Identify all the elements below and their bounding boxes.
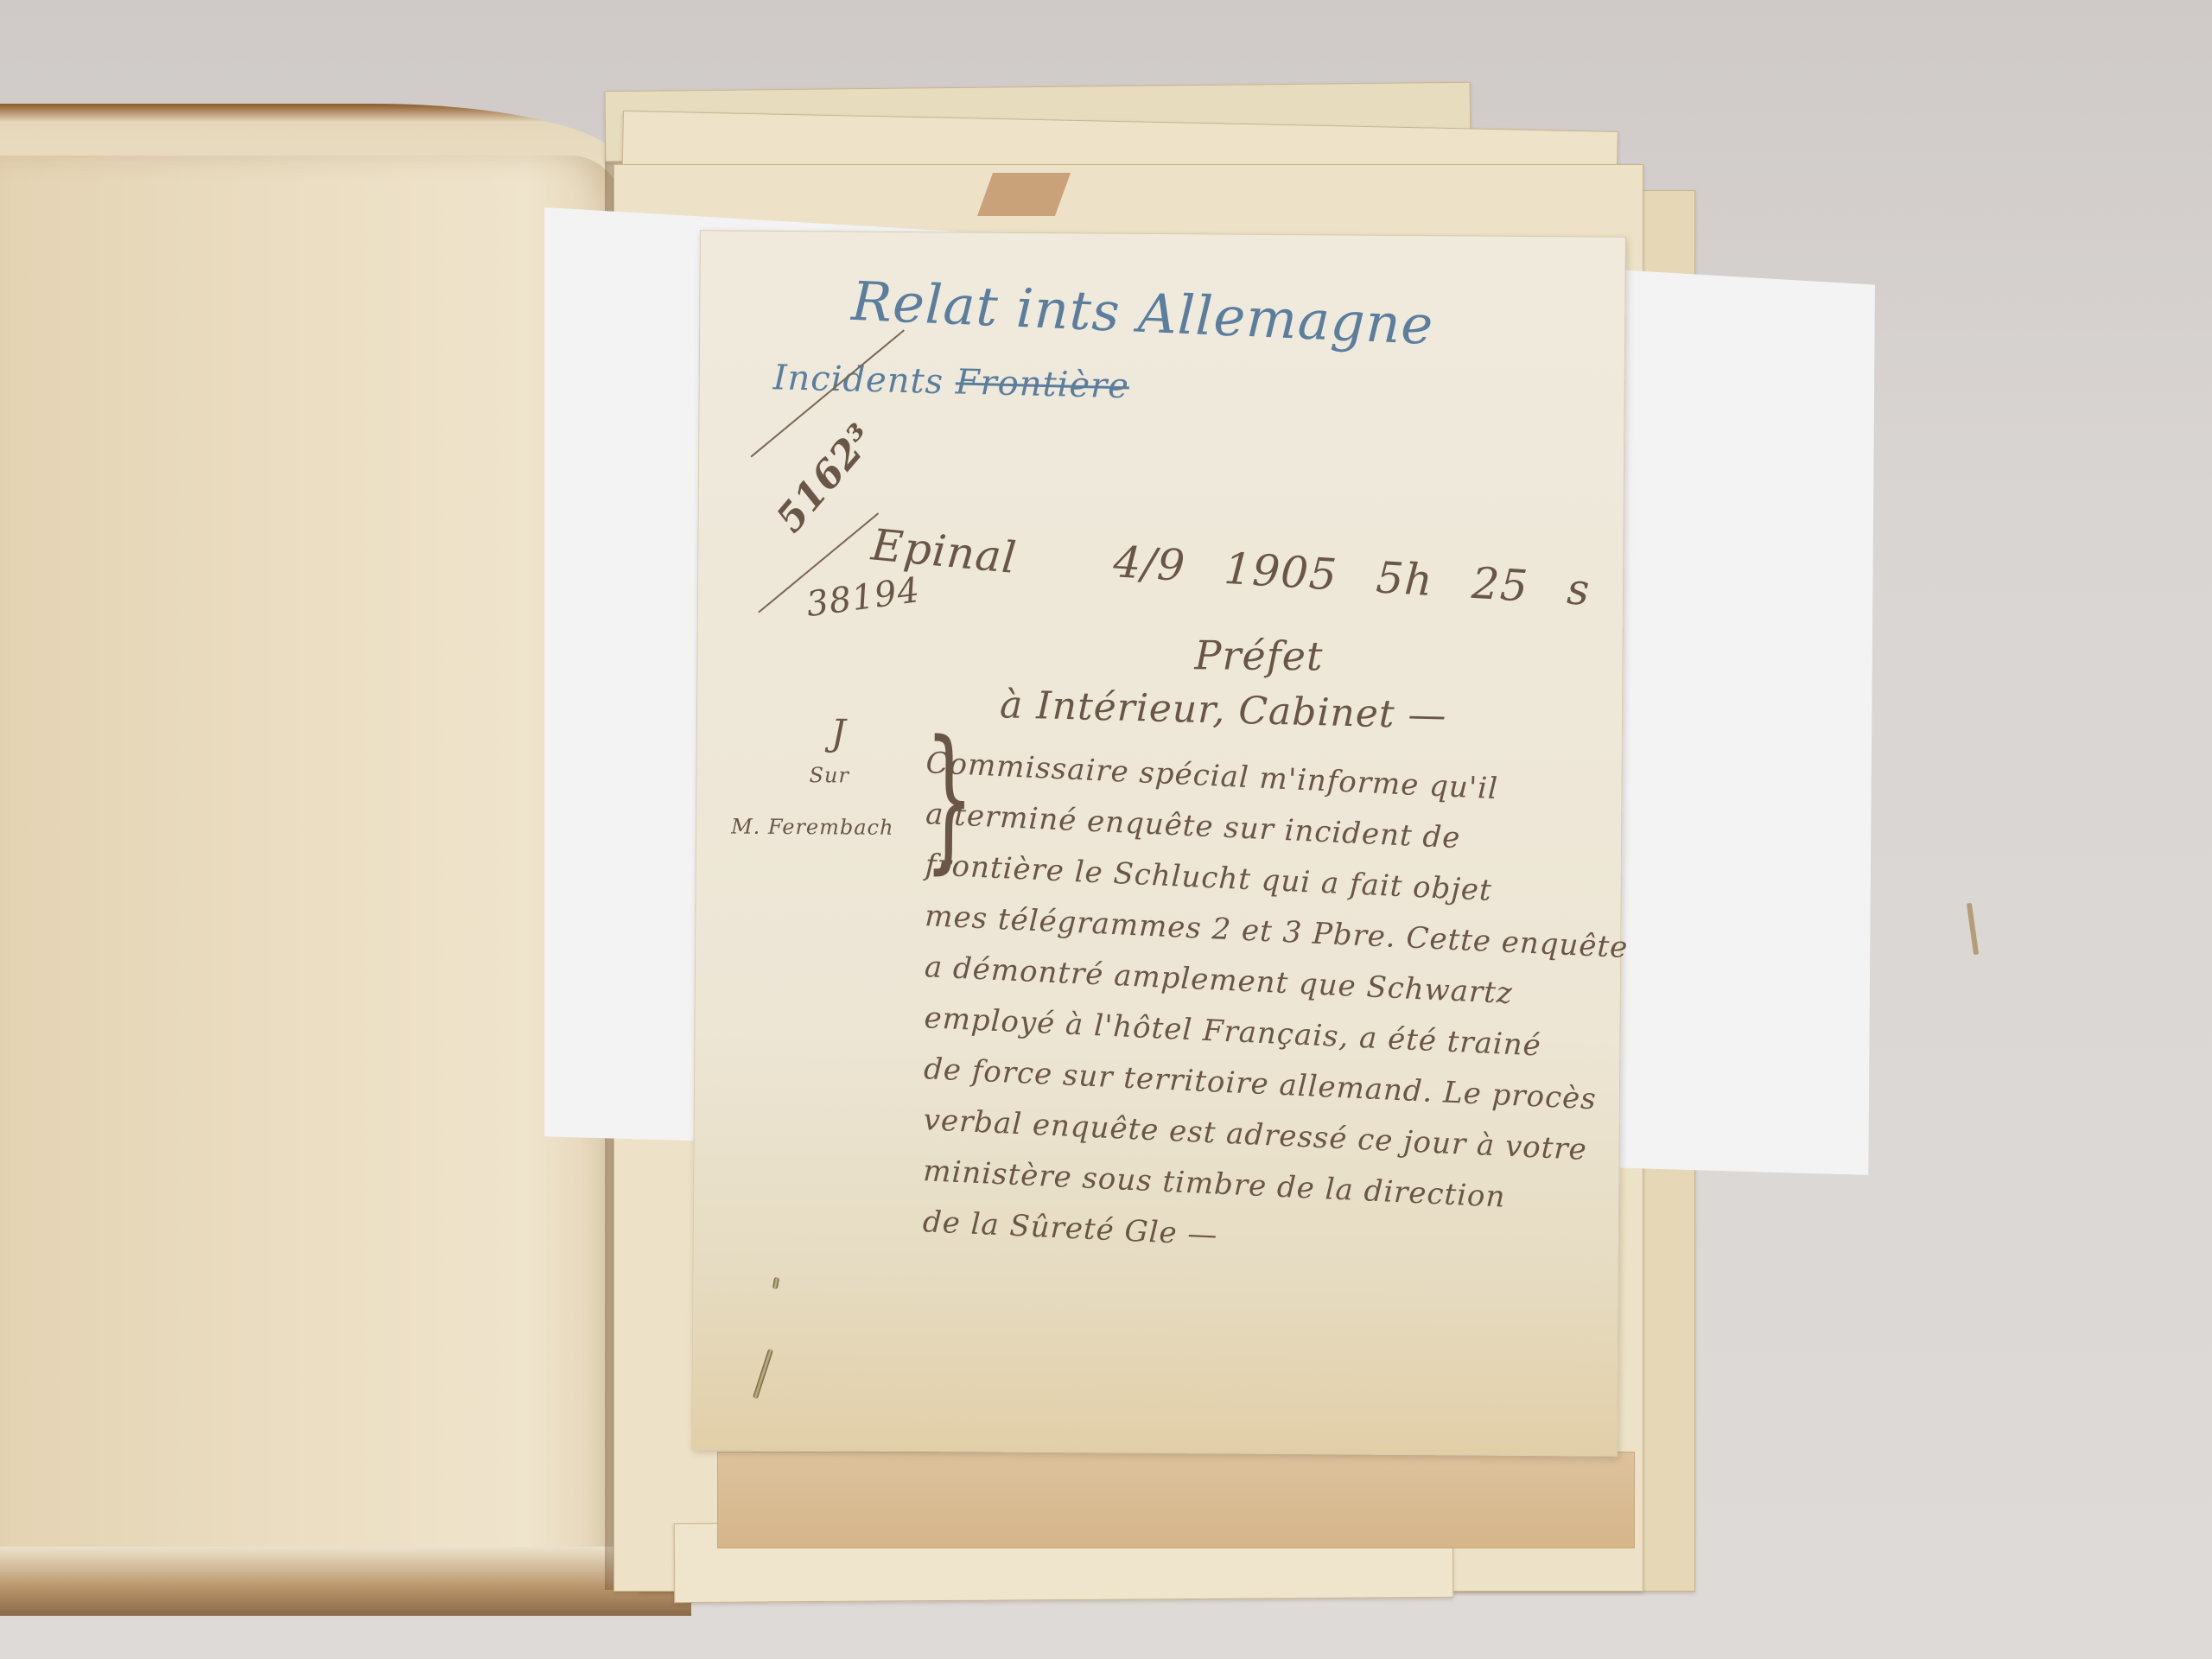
header-annotation-struck: Frontière	[955, 362, 1129, 406]
telegram-document: Relat ints Allemagne Incidents Frontière…	[691, 230, 1626, 1456]
header-annotation-line1: Relat ints Allemagne	[850, 270, 1435, 357]
torn-paper-fragment	[977, 173, 1071, 216]
sender: Préfet	[1194, 632, 1323, 679]
telegram-body: Commissaire spécial m'informe qu'il a te…	[923, 738, 1600, 1252]
header-annotation-prefix: Incidents	[772, 358, 956, 402]
recipient: à Intérieur, Cabinet —	[1000, 683, 1448, 738]
paper-fleck	[1967, 903, 1979, 955]
header-annotation-line2: Incidents Frontière	[772, 358, 1129, 406]
left-book-page	[0, 156, 622, 1581]
margin-note-line: J	[831, 711, 847, 753]
margin-note-line: Sur	[809, 763, 849, 787]
book-bottom-edge	[0, 1547, 691, 1616]
archive-photo: Relat ints Allemagne Incidents Frontière…	[0, 0, 2212, 1659]
margin-note: J Sur M. Ferembach }	[731, 711, 931, 886]
telegram-underlying-sheet	[717, 1452, 1635, 1548]
telegram-code: 38194	[804, 570, 923, 625]
telegram-datetime: 4/9 1905 5h 25 s	[1112, 537, 1592, 615]
margin-note-line: M. Ferembach	[731, 815, 894, 840]
